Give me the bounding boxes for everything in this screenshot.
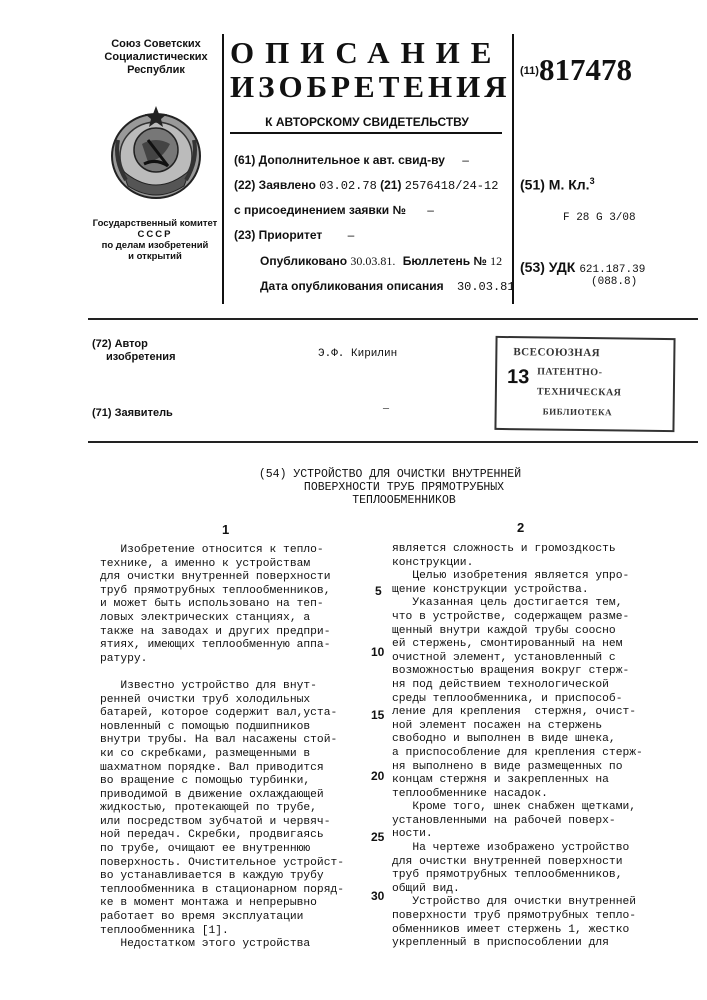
country-line: Союз Советских <box>86 38 226 51</box>
country-line: Социалистических <box>86 51 226 64</box>
committee-line: и открытий <box>80 251 230 262</box>
field-22-value: 03.02.78 <box>319 179 377 193</box>
field-published: Опубликовано 30.03.81. Бюллетень № 12 <box>260 254 502 268</box>
field-53-label: (53) УДК <box>520 259 575 275</box>
field-72-label: (72) Автор изобретения <box>92 338 176 364</box>
author-name: Э.Ф. Кирилин <box>318 348 397 360</box>
field-72-label-line: изобретения <box>92 351 176 364</box>
field-join-label: с присоединением заявки № <box>234 203 406 217</box>
committee-line: по делам изобретений <box>80 240 230 251</box>
bulletin-label: Бюллетень № <box>403 254 487 268</box>
patent-number-value: 817478 <box>539 52 632 87</box>
column-1-text: Изобретение относится к тепло- технике, … <box>100 544 344 952</box>
field-72-label-line: (72) Автор <box>92 338 176 351</box>
line-number: 15 <box>371 708 384 722</box>
library-stamp: 13 ВСЕСОЮЗНАЯ ПАТЕНТНО- ТЕХНИЧЕСКАЯ БИБЛ… <box>494 336 675 432</box>
field-61-label: (61) Дополнительное к авт. свид-ву <box>234 153 445 167</box>
desc-date-value: 30.03.81 <box>457 280 515 294</box>
desc-date-label: Дата опубликования описания <box>260 279 444 293</box>
invention-title-code: (54) <box>259 468 287 481</box>
stamp-line: ВСЕСОЮЗНАЯ <box>513 346 600 359</box>
field-61: (61) Дополнительное к авт. свид-ву – <box>234 153 469 167</box>
doc-title-line2: ИЗОБРЕТЕНИЯ <box>230 70 500 104</box>
committee-line: Государственный комитет <box>80 218 230 229</box>
field-join: с присоединением заявки № – <box>234 203 434 217</box>
line-number: 30 <box>371 889 384 903</box>
published-label: Опубликовано <box>260 254 347 268</box>
field-71-value: – <box>383 400 389 415</box>
patent-code: (11) <box>520 65 539 77</box>
invention-title-line: ТЕПЛООБМЕННИКОВ <box>240 494 540 507</box>
field-22-label: (22) Заявлено <box>234 178 316 192</box>
field-21-label: (21) <box>380 178 401 192</box>
country-line: Республик <box>86 64 226 77</box>
field-61-value: – <box>462 153 469 167</box>
vertical-divider <box>222 34 224 304</box>
field-23-value: – <box>348 228 355 242</box>
field-22-21: (22) Заявлено 03.02.78 (21) 2576418/24-1… <box>234 178 498 193</box>
field-53: (53) УДК 621.187.39 <box>520 259 645 277</box>
bulletin-value: 12 <box>490 254 502 268</box>
coat-of-arms-icon <box>104 100 208 204</box>
subtitle-underline <box>230 132 502 134</box>
line-number: 20 <box>371 769 384 783</box>
stamp-line: БИБЛИОТЕКА <box>543 406 613 417</box>
committee-name: Государственный комитет СССР по делам из… <box>80 218 230 262</box>
field-23-label: (23) Приоритет <box>234 228 322 242</box>
field-53-value: 621.187.39 <box>579 264 645 276</box>
line-number: 10 <box>371 645 384 659</box>
field-51-value: F 28 G 3/08 <box>563 212 636 224</box>
field-23: (23) Приоритет – <box>234 228 354 242</box>
doc-subtitle: К АВТОРСКОМУ СВИДЕТЕЛЬСТВУ <box>232 115 502 129</box>
invention-title: (54) УСТРОЙСТВО ДЛЯ ОЧИСТКИ ВНУТРЕННЕЙ П… <box>240 468 540 507</box>
stamp-line: ТЕХНИЧЕСКАЯ <box>537 386 622 398</box>
committee-line: СССР <box>80 229 230 240</box>
field-53-value-2: (088.8) <box>591 276 637 288</box>
patent-number: (11)817478 <box>520 52 632 88</box>
invention-title-line: ПОВЕРХНОСТИ ТРУБ ПРЯМОТРУБНЫХ <box>240 481 540 494</box>
stamp-line: ПАТЕНТНО- <box>537 366 602 378</box>
column-number-2: 2 <box>517 520 524 535</box>
column-number-1: 1 <box>222 522 229 537</box>
line-number: 5 <box>375 584 382 598</box>
persons-separator <box>88 441 698 443</box>
column-2-text: является сложность и громоздкость констр… <box>392 543 643 951</box>
vertical-divider <box>512 34 514 304</box>
country-name: Союз Советских Социалистических Республи… <box>86 38 226 77</box>
line-number: 25 <box>371 830 384 844</box>
field-join-value: – <box>427 203 434 217</box>
field-21-value: 2576418/24-12 <box>405 179 499 193</box>
header-separator <box>88 318 698 320</box>
field-51: (51) М. Кл.3 <box>520 176 595 193</box>
field-71-label: (71) Заявитель <box>92 407 173 419</box>
stamp-number: 13 <box>507 366 530 389</box>
field-desc-date: Дата опубликования описания 30.03.81 <box>260 279 515 294</box>
doc-title-line1: ОПИСАНИЕ <box>230 36 500 70</box>
field-51-edition: 3 <box>590 176 595 186</box>
published-value: 30.03.81. <box>350 254 395 268</box>
field-51-label: (51) М. Кл. <box>520 177 590 193</box>
invention-title-line: УСТРОЙСТВО ДЛЯ ОЧИСТКИ ВНУТРЕННЕЙ <box>293 468 521 481</box>
